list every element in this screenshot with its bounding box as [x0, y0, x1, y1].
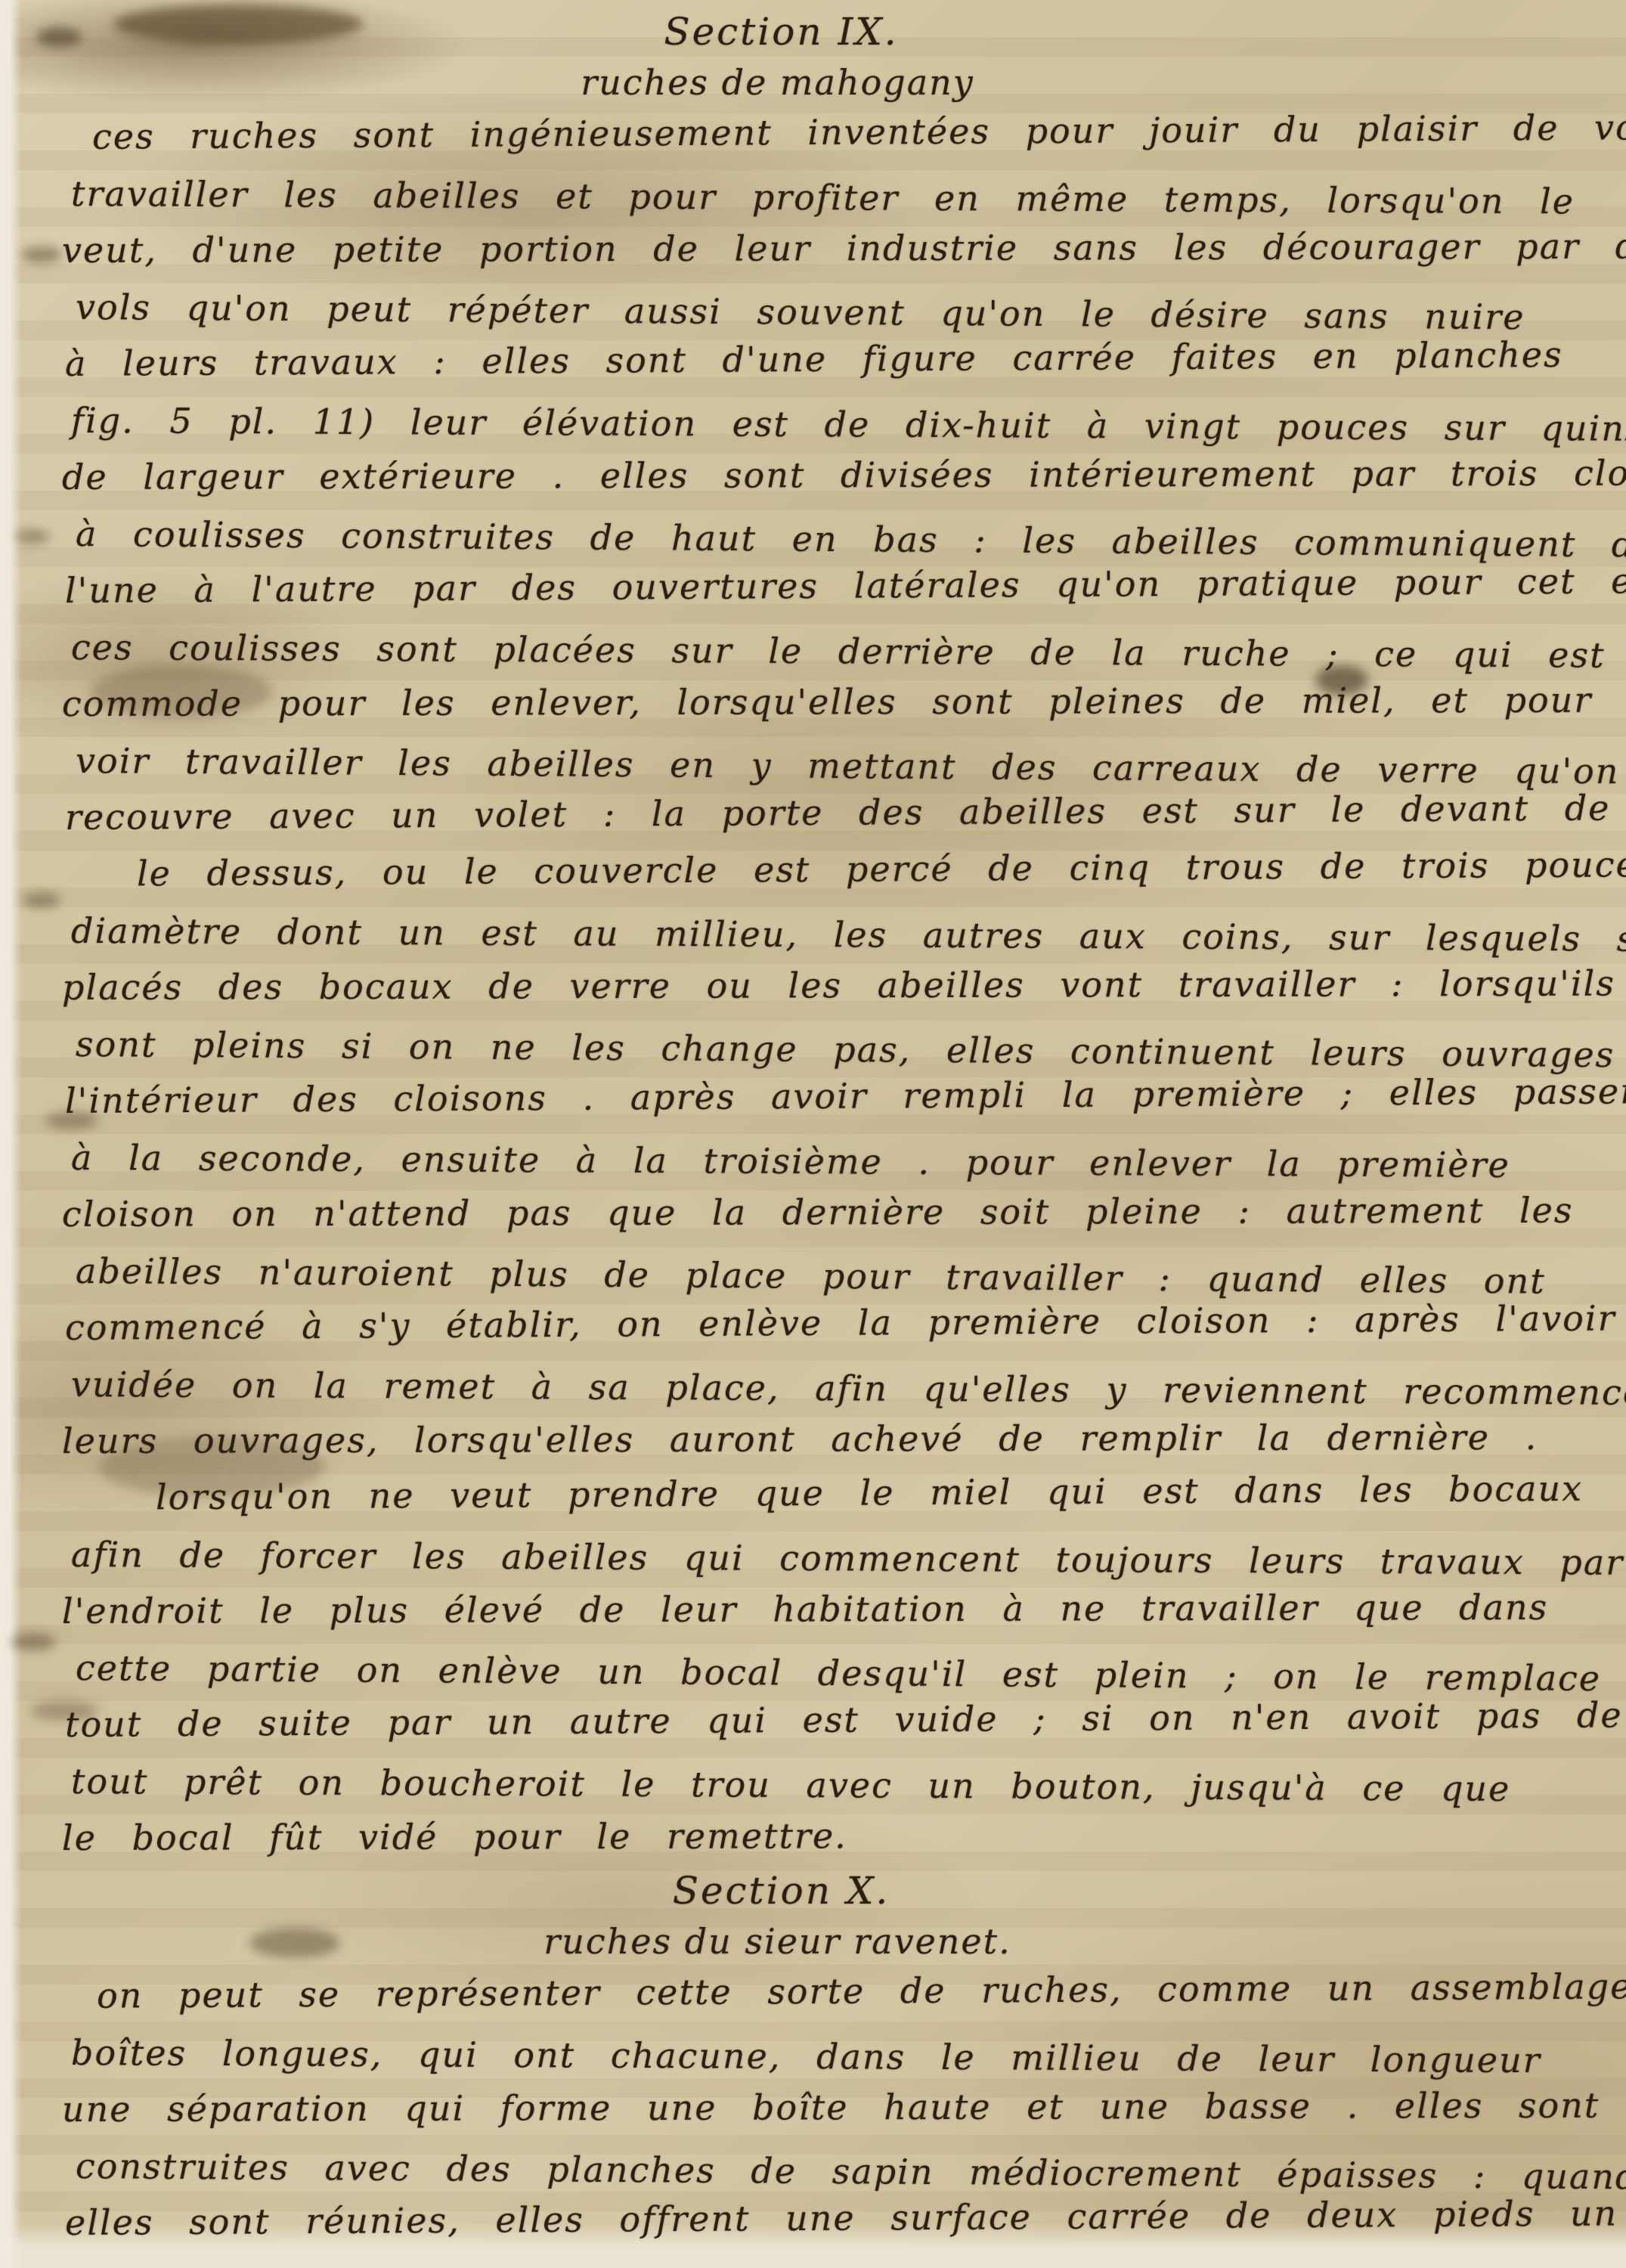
manuscript-line: cloison on n'attend pas que la dernière …	[62, 1182, 1626, 1243]
manuscript-line: lorsqu'on ne veut prendre que le miel qu…	[65, 1460, 1626, 1526]
manuscript-line: elles sont réunies, elles offrent une su…	[65, 2185, 1626, 2251]
manuscript-content: Section IX.ruches de mahoganyces ruches …	[0, 0, 1626, 2251]
manuscript-line: l'une à l'autre par des ouvertures latér…	[65, 553, 1626, 619]
manuscript-line: recouvre avec un volet : la porte des ab…	[65, 779, 1626, 846]
paragraph: le dessus, ou le couvercle est percé de …	[65, 846, 1626, 1470]
manuscript-line: veut, d'une petite portion de leur indus…	[62, 218, 1626, 279]
manuscript-line: le bocal fût vidé pour le remettre.	[62, 1806, 1626, 1867]
paragraph: on peut se représenter cette sorte de ru…	[65, 1968, 1626, 2251]
paragraph: ces ruches sont ingénieusement inventées…	[65, 109, 1626, 846]
manuscript-line: ces ruches sont ingénieusement inventées…	[65, 99, 1626, 166]
manuscript-line: placés des bocaux de verre ou les abeill…	[62, 956, 1626, 1016]
manuscript-line: de largeur extérieure . elles sont divis…	[62, 445, 1626, 506]
manuscript-line: le dessus, ou le couvercle est percé de …	[65, 836, 1626, 903]
manuscript-line: on peut se représenter cette sorte de ru…	[65, 1958, 1626, 2025]
section-heading: Section X.	[1, 1867, 1562, 1915]
manuscript-line: à leurs travaux : elles sont d'une figur…	[65, 326, 1626, 392]
paragraph: lorsqu'on ne veut prendre que le miel qu…	[65, 1470, 1626, 1867]
manuscript-page: Section IX.ruches de mahoganyces ruches …	[0, 0, 1626, 2268]
manuscript-line: l'intérieur des cloisons . après avoir r…	[65, 1063, 1626, 1129]
manuscript-line: commencé à s'y établir, on enlève la pre…	[65, 1290, 1626, 1356]
section-1: Section IX.ruches de mahoganyces ruches …	[65, 8, 1626, 1867]
section-2: Section X.ruches du sieur ravenet.on peu…	[65, 1867, 1626, 2251]
manuscript-line: une séparation qui forme une boîte haute…	[62, 2077, 1626, 2138]
section-heading: Section IX.	[1, 8, 1562, 56]
manuscript-line: commode pour les enlever, lorsqu'elles s…	[62, 672, 1626, 733]
manuscript-line: tout de suite par un autre qui est vuide…	[65, 1687, 1626, 1753]
manuscript-line: l'endroit le plus élevé de leur habitati…	[62, 1579, 1626, 1640]
manuscript-line: leurs ouvrages, lorsqu'elles auront ache…	[62, 1409, 1626, 1470]
